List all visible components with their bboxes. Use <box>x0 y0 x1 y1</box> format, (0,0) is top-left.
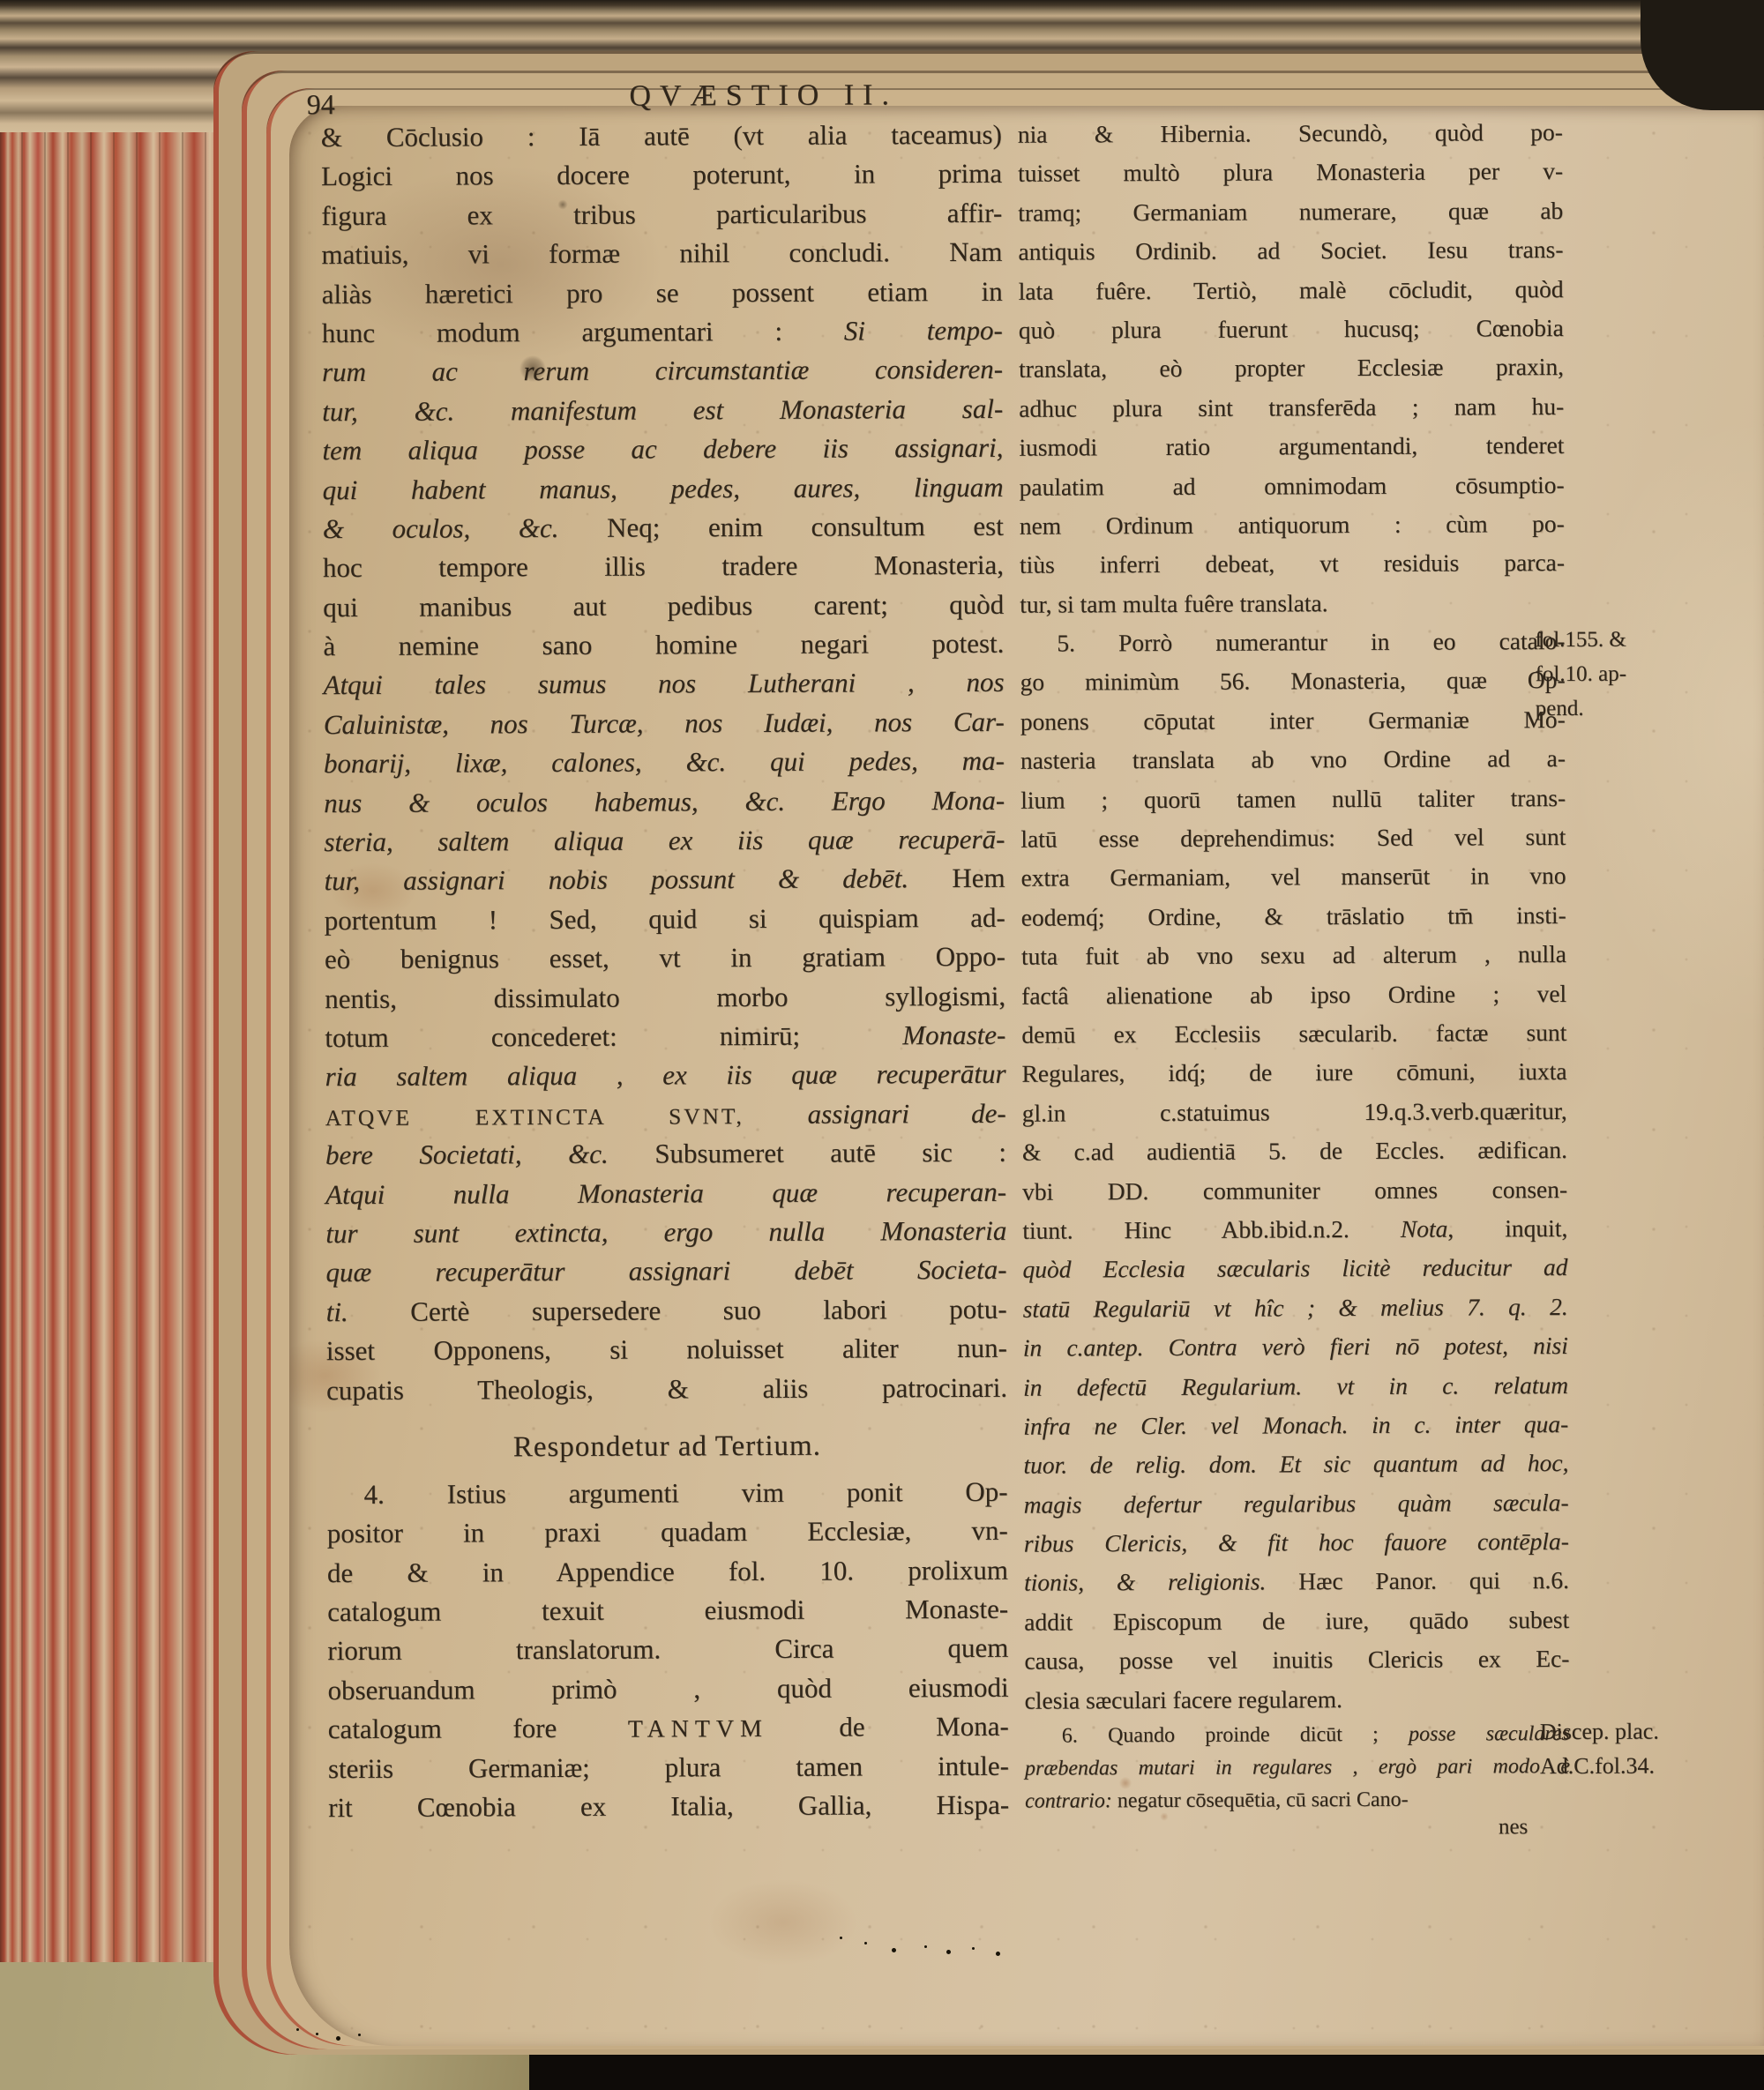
italic-text: magis defertur regularibus quàm sæcula- <box>1024 1489 1569 1519</box>
text-line: rit Cœnobia ex Italia, Gallia, Hispa- <box>328 1786 1009 1828</box>
italic-text: ribus Clericis, & fit hoc fauore contēpl… <box>1024 1527 1569 1557</box>
text-line: 4. Istius argumenti vim ponit Op- <box>327 1473 1008 1515</box>
text-line: nentis, dissimulato morbo syllogismi, <box>325 976 1005 1019</box>
text-segment: causa, posse vel inuitis Clericis ex Ec- <box>1024 1645 1569 1675</box>
text-segment: nentis, dissimulato morbo syllogismi, <box>325 980 1005 1013</box>
text-line: latū esse deprehendimus: Sed vel sunt <box>1020 817 1566 859</box>
text-segment: tiùs inferri debeat, vt residuis parca- <box>1020 549 1565 578</box>
text-segment: de & in Appendice fol. 10. prolixum <box>327 1554 1008 1587</box>
text-line: addit Episcopum de iure, quādo subest <box>1024 1601 1569 1642</box>
text-segment: rit Cœnobia ex Italia, Gallia, Hispa- <box>328 1789 1009 1823</box>
text-line: causa, posse vel inuitis Clericis ex Ec- <box>1024 1639 1569 1681</box>
text-line: Logici nos docere poterunt, in prima <box>321 154 1002 197</box>
italic-text: nus & oculos habemus, &c. Ergo Mona- <box>324 784 1005 817</box>
text-line: eodemq́; Ordine, & trāslatio tm̄ insti- <box>1021 896 1566 937</box>
text-line: de & in Appendice fol. 10. prolixum <box>327 1550 1008 1593</box>
margin-note-line: fol.10. ap- <box>1535 656 1755 691</box>
italic-text: tem aliqua posse ac debere iis assignari… <box>322 432 1003 466</box>
text-line: tramq; Germaniam numerare, quæ ab <box>1018 191 1563 233</box>
text-segment: Neq; enim consultum est <box>607 511 1004 543</box>
text-segment: iusmodi ratio argumentandi, tenderet <box>1019 431 1564 461</box>
text-line: tuta fuit ab vno sexu ad alterum , nulla <box>1021 935 1566 976</box>
text-line: Caluinistæ, nos Turcæ, nos Iudæi, nos Ca… <box>324 703 1005 745</box>
text-segment: Certè supersedere suo labori potu- <box>410 1293 1007 1326</box>
left-text-column: & Cōclusio : Iā autē (vt alia taceamus)L… <box>321 116 1009 1828</box>
margin-note-discep: Discep. plac. Ad.C.fol.34. <box>1540 1713 1760 1783</box>
text-segment: riorum translatorum. Circa quem <box>327 1632 1008 1666</box>
text-line: nus & oculos habemus, &c. Ergo Mona- <box>324 780 1005 823</box>
italic-text: Nota <box>1401 1215 1448 1243</box>
text-line: in defectū Regularium. vt in c. relatum <box>1023 1365 1568 1407</box>
text-segment: hoc tempore illis tradere Monasteria, <box>323 549 1004 583</box>
text-segment: tuta fuit ab vno sexu ad alterum , nulla <box>1021 940 1566 970</box>
italic-text: tur, &c. manifestum est Monasteria sal- <box>322 393 1003 427</box>
text-line: catalogum fore TANTVM de Mona- <box>328 1707 1009 1750</box>
text-segment: portentum ! Sed, quid si quispiam ad- <box>325 902 1005 936</box>
book-photo: { "book": { "page_number": "94", "runnin… <box>0 0 1764 2090</box>
italic-text: statū Regulariū vt hîc ; & melius 7. q. … <box>1023 1293 1568 1323</box>
text-line: quò plura fuerunt hucusq; Cœnobia <box>1019 309 1564 350</box>
text-line: steriis Germaniæ; plura tamen intule- <box>328 1746 1009 1788</box>
italic-text: contrario: <box>1025 1789 1117 1812</box>
text-line: quæ recuperātur assignari debēt Societa- <box>325 1250 1006 1293</box>
text-segment: nia & Hibernia. Secundò, quòd po- <box>1018 118 1563 148</box>
text-line: cupatis Theologis, & aliis patrocinari. <box>326 1368 1007 1410</box>
italic-text: tionis, & religionis. <box>1024 1568 1298 1596</box>
text-line: vbi DD. communiter omnes consen- <box>1022 1170 1567 1212</box>
text-line: bere Societati, &c. Subsumeret autē sic … <box>325 1133 1006 1176</box>
text-line: Atqui tales sumus nos Lutherani , nos <box>323 663 1004 705</box>
italic-text: quòd Ecclesia sæcularis licitè reducitur… <box>1022 1253 1567 1283</box>
text-line: positor in praxi quadam Ecclesiæ, vn- <box>327 1512 1008 1554</box>
text-segment: totum concederet: nimirū; <box>325 1019 902 1053</box>
text-segment: & Cōclusio : Iā autē (vt alia taceamus) <box>321 119 1002 153</box>
italic-text: Atqui tales sumus nos Lutherani , nos <box>324 667 1005 700</box>
text-segment: Regulares, idq́; de iure cōmuni, iuxta <box>1021 1057 1566 1087</box>
text-line: antiquis Ordinib. ad Societ. Iesu trans- <box>1018 230 1563 272</box>
text-segment: 6. Quando proinde dicūt ; <box>1062 1723 1409 1748</box>
text-segment: tur, si tam multa fuêre translata. <box>1020 589 1328 618</box>
text-line: infra ne Cler. vel Monach. in c. inter q… <box>1023 1405 1568 1446</box>
text-line: nia & Hibernia. Secundò, quòd po- <box>1018 113 1563 154</box>
text-segment: go minimùm 56. Monasteria, quæ Op- <box>1020 666 1566 696</box>
text-segment: lium ; quorū tamen nullū taliter trans- <box>1020 784 1566 814</box>
text-segment: isset Opponens, si noluisset aliter nun- <box>326 1332 1007 1366</box>
text-segment: lata fuêre. Tertiò, malè cōcludit, quòd <box>1019 275 1564 305</box>
text-line: factâ alienatione ab ipso Ordine ; vel <box>1021 974 1566 1016</box>
text-line: 6. Quando proinde dicūt ; posse sæculare… <box>1025 1718 1570 1753</box>
text-line: aliàs hæretici pro se possent etiam in <box>322 272 1003 314</box>
text-line: nasteria translata ab vno Ordine ad a- <box>1020 739 1566 780</box>
text-segment: de Mona- <box>768 1711 1009 1743</box>
text-segment: cupatis Theologis, & aliis patrocinari. <box>326 1371 1007 1405</box>
text-line: portentum ! Sed, quid si quispiam ad- <box>325 899 1005 941</box>
text-segment: Respondetur ad Tertium. <box>513 1430 821 1464</box>
italic-text: infra ne Cler. vel Monach. in c. inter q… <box>1023 1410 1568 1440</box>
text-segment: qui manibus aut pedibus carent; quòd <box>323 588 1004 622</box>
text-line: isset Opponens, si noluisset aliter nun- <box>326 1329 1007 1371</box>
text-line: rum ac rerum circumstantiæ consideren- <box>322 350 1003 392</box>
text-line: eò benignus esset, vt in gratiam Oppo- <box>325 937 1005 980</box>
text-segment: antiquis Ordinib. ad Societ. Iesu trans- <box>1018 235 1563 265</box>
text-line: lium ; quorū tamen nullū taliter trans- <box>1020 779 1566 820</box>
text-segment: à nemine sano homine negari potest. <box>323 628 1004 661</box>
text-line: ATQVE EXTINCTA SVNT, assignari de- <box>325 1094 1006 1137</box>
text-line: tur, si tam multa fuêre translata. <box>1020 583 1565 624</box>
text-line: totum concederet: nimirū; Monaste- <box>325 1016 1005 1058</box>
text-segment: Logici nos docere poterunt, in prima <box>321 158 1002 191</box>
text-line: matiuis, vi formæ nihil concludi. Nam <box>321 233 1002 275</box>
italic-text: ria saltem aliqua , ex iis quæ recuperāt… <box>325 1058 1005 1092</box>
text-line: tionis, & religionis. Hæc Panor. qui n.6… <box>1024 1561 1569 1602</box>
text-line: Atqui nulla Monasteria quæ recuperan- <box>325 1172 1006 1214</box>
text-segment: eò benignus esset, vt in gratiam Oppo- <box>325 941 1005 974</box>
text-line: gl.in c.statuimus 19.q.3.verb.quæritur, <box>1022 1092 1567 1133</box>
margin-note-line: pend. <box>1536 690 1756 726</box>
italic-text: tuor. de relig. dom. Et sic quantum ad h… <box>1023 1449 1568 1479</box>
italic-text: rum ac rerum circumstantiæ consideren- <box>322 354 1003 387</box>
text-segment: steriis Germaniæ; plura tamen intule- <box>328 1750 1009 1783</box>
italic-text: tur sunt extincta, ergo nulla Monasteria <box>325 1215 1006 1249</box>
italic-text: tur, assignari nobis possunt & debēt. <box>324 862 952 896</box>
text-line: demū ex Ecclesiis sæcularib. factæ sunt <box>1021 1013 1566 1055</box>
text-line: bonarij, lixæ, calones, &c. qui pedes, m… <box>324 742 1005 784</box>
text-line: ria saltem aliqua , ex iis quæ recuperāt… <box>325 1055 1005 1097</box>
text-line: statū Regulariū vt hîc ; & melius 7. q. … <box>1023 1288 1568 1329</box>
italic-text: qui habent manus, pedes, aures, linguam <box>323 471 1004 504</box>
italic-text: quæ recuperātur assignari debēt Societa- <box>325 1254 1006 1288</box>
text-line: tur, &c. manifestum est Monasteria sal- <box>322 390 1003 432</box>
italic-text: Si tempo- <box>844 315 1003 347</box>
text-segment: tuisset multò plura Monasteria per v- <box>1018 157 1563 187</box>
text-line: tur sunt extincta, ergo nulla Monasteria <box>325 1212 1006 1254</box>
text-segment: & c.ad audientiā 5. de Eccles. ædifican. <box>1022 1136 1567 1166</box>
text-segment: tramq; Germaniam numerare, quæ ab <box>1018 197 1563 227</box>
italic-text: & oculos, &c. <box>323 512 607 544</box>
text-line: præbendas mutari in regulares , ergò par… <box>1025 1750 1570 1786</box>
text-line: à nemine sano homine negari potest. <box>323 624 1004 667</box>
text-line: in c.antep. Contra verò fieri nō potest,… <box>1023 1326 1568 1368</box>
italic-text: bere Societati, &c. <box>325 1138 655 1171</box>
text-line: translata, eò propter Ecclesiæ praxin, <box>1019 347 1564 389</box>
text-segment: positor in praxi quadam Ecclesiæ, vn- <box>327 1515 1008 1549</box>
text-segment: hunc modum argumentari : <box>322 316 844 349</box>
text-line: tuisset multò plura Monasteria per v- <box>1018 152 1563 193</box>
italic-text: in c.antep. Contra verò fieri nō potest,… <box>1023 1332 1568 1362</box>
text-line: quòd Ecclesia sæcularis licitè reducitur… <box>1022 1248 1567 1289</box>
text-line: magis defertur regularibus quàm sæcula- <box>1024 1483 1569 1525</box>
text-line: figura ex tribus particularibus affir- <box>321 194 1002 236</box>
text-line: & oculos, &c. Neq; enim consultum est <box>323 507 1004 549</box>
text-segment: nem Ordinum antiquorum : cùm po- <box>1020 510 1565 540</box>
italic-text: præbendas mutari in regulares , ergò par… <box>1025 1755 1570 1780</box>
text-line: clesia sæculari facere regularem. <box>1025 1679 1570 1721</box>
text-segment: Hem <box>952 862 1005 893</box>
text-line: go minimùm 56. Monasteria, quæ Op- <box>1020 661 1565 702</box>
italic-text: steria, saltem aliqua ex iis quæ recuper… <box>324 824 1005 857</box>
text-segment: translata, eò propter Ecclesiæ praxin, <box>1019 353 1564 383</box>
text-segment: gl.in c.statuimus 19.q.3.verb.quæritur, <box>1022 1097 1567 1127</box>
text-segment: adhuc plura sint transferēda ; nam hu- <box>1019 392 1564 422</box>
text-segment: tiunt. Hinc Abb.ibid.n.2. <box>1022 1215 1401 1244</box>
text-line: 5. Porrò numerantur in eo catalo- <box>1020 622 1565 663</box>
text-line: steria, saltem aliqua ex iis quæ recuper… <box>324 820 1005 862</box>
text-segment: matiuis, vi formæ nihil concludi. Nam <box>321 236 1002 270</box>
text-line: tiùs inferri debeat, vt residuis parca- <box>1020 543 1565 585</box>
text-segment: nasteria translata ab vno Ordine ad a- <box>1020 744 1566 774</box>
text-segment: 4. Istius argumenti vim ponit Op- <box>364 1476 1008 1510</box>
margin-note-line: fol.155. & <box>1535 622 1755 657</box>
text-segment: latū esse deprehendimus: Sed vel sunt <box>1020 823 1566 853</box>
text-line: tur, assignari nobis possunt & debēt. He… <box>324 859 1005 901</box>
text-line: ribus Clericis, & fit hoc fauore contēpl… <box>1024 1522 1569 1564</box>
text-line: Regulares, idq́; de iure cōmuni, iuxta <box>1021 1052 1566 1094</box>
text-line: & c.ad audientiā 5. de Eccles. ædifican. <box>1022 1131 1567 1172</box>
text-segment: eodemq́; Ordine, & trāslatio tm̄ insti- <box>1021 901 1566 931</box>
text-line: tem aliqua posse ac debere iis assignari… <box>322 429 1003 471</box>
text-line: paulatim ad omnimodam cōsumptio- <box>1020 466 1565 507</box>
text-segment: aliàs hæretici pro se possent etiam in <box>322 275 1003 309</box>
text-line: qui habent manus, pedes, aures, linguam <box>323 467 1004 510</box>
text-segment: catalogum fore <box>328 1713 628 1744</box>
text-line: qui manibus aut pedibus carent; quòd <box>323 585 1004 627</box>
text-segment: ponens cōputat inter Germaniæ Mo- <box>1020 705 1566 735</box>
text-line: hunc modum argumentari : Si tempo- <box>322 311 1003 354</box>
text-line: ti. Certè supersedere suo labori potu- <box>326 1289 1007 1332</box>
text-segment: vbi DD. communiter omnes consen- <box>1022 1176 1567 1205</box>
text-line: lata fuêre. Tertiò, malè cōcludit, quòd <box>1019 270 1564 311</box>
text-segment: negatur cōsequētia, cū sacri Cano- <box>1117 1788 1409 1812</box>
text-line: iusmodi ratio argumentandi, tenderet <box>1019 426 1564 467</box>
text-line: catalogum texuit eiusmodi Monaste- <box>327 1590 1008 1632</box>
text-segment: demū ex Ecclesiis sæcularib. factæ sunt <box>1021 1019 1566 1049</box>
text-line: tuor. de relig. dom. Et sic quantum ad h… <box>1023 1444 1568 1485</box>
text-line: contrario: negatur cōsequētia, cū sacri … <box>1025 1783 1570 1818</box>
text-segment: quò plura fuerunt hucusq; Cœnobia <box>1019 314 1564 344</box>
printed-text-layer: 94 QVÆSTIO II. & Cōclusio : Iā autē (vt … <box>0 0 1764 2090</box>
italic-text: Monaste- <box>902 1019 1005 1051</box>
text-segment: clesia sæculari facere regularem. <box>1025 1685 1342 1714</box>
text-segment: extra Germaniam, vel manserūt in vno <box>1020 862 1566 892</box>
text-segment: ATQVE EXTINCTA SVNT, <box>325 1104 808 1131</box>
text-segment: paulatim ad omnimodam cōsumptio- <box>1020 471 1565 501</box>
italic-text: Atqui nulla Monasteria quæ recuperan- <box>325 1176 1006 1209</box>
section-heading: Respondetur ad Tertium. <box>326 1407 1007 1475</box>
text-line: hoc tempore illis tradere Monasteria, <box>323 546 1004 588</box>
text-segment: obseruandum primò , quòd eiusmodi <box>327 1672 1008 1706</box>
text-line: nem Ordinum antiquorum : cùm po- <box>1020 504 1565 546</box>
text-segment: addit Episcopum de iure, quādo subest <box>1024 1606 1569 1636</box>
text-segment: 5. Porrò numerantur in eo catalo- <box>1057 627 1565 657</box>
text-segment: TANTVM <box>628 1715 768 1743</box>
italic-text: bonarij, lixæ, calones, &c. qui pedes, m… <box>324 745 1005 779</box>
italic-text: assignari de- <box>807 1098 1005 1130</box>
margin-note-line: Discep. plac. <box>1540 1713 1760 1749</box>
italic-text: Caluinistæ, nos Turcæ, nos Iudæi, nos Ca… <box>324 706 1005 740</box>
text-segment: figura ex tribus particularibus affir- <box>321 198 1002 231</box>
margin-note-folio-refs: fol.155. & fol.10. ap- pend. <box>1535 622 1756 726</box>
text-segment: factâ alienatione ab ipso Ordine ; vel <box>1021 980 1566 1010</box>
text-segment: catalogum texuit eiusmodi Monaste- <box>327 1594 1008 1627</box>
text-line: extra Germaniam, vel manserūt in vno <box>1020 856 1566 898</box>
right-text-column: nia & Hibernia. Secundò, quòd po-tuisset… <box>1018 113 1570 1818</box>
running-header: QVÆSTIO II. <box>323 78 1205 115</box>
text-segment: , inquit, <box>1447 1214 1567 1243</box>
italic-text: ti. <box>326 1295 411 1326</box>
text-line: adhuc plura sint transferēda ; nam hu- <box>1019 387 1564 429</box>
text-line: obseruandum primò , quòd eiusmodi <box>327 1668 1008 1711</box>
text-line: ponens cōputat inter Germaniæ Mo- <box>1020 700 1566 742</box>
catchword: nes <box>1025 1815 1570 1842</box>
text-line: riorum translatorum. Circa quem <box>327 1629 1008 1671</box>
text-segment: Subsumeret autē sic : <box>654 1137 1006 1169</box>
italic-text: in defectū Regularium. vt in c. relatum <box>1023 1370 1568 1400</box>
text-line: tiunt. Hinc Abb.ibid.n.2. Nota, inquit, <box>1022 1209 1567 1250</box>
margin-note-line: Ad.C.fol.34. <box>1540 1748 1760 1783</box>
text-line: & Cōclusio : Iā autē (vt alia taceamus) <box>321 116 1002 158</box>
text-segment: Hæc Panor. qui n.6. <box>1298 1566 1569 1594</box>
